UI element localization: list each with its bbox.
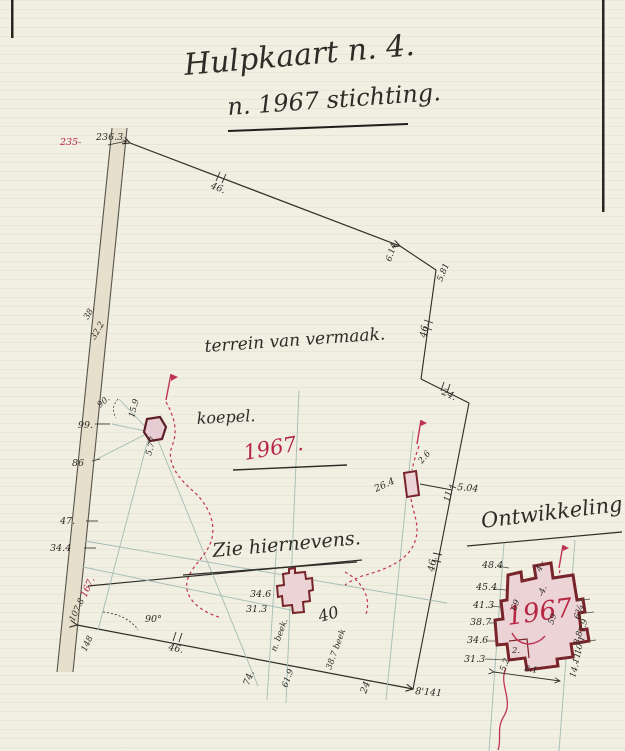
title-underline bbox=[228, 124, 408, 131]
cadastral-sheet: Hulpkaart n. 4. n. 1967 stichting. terre… bbox=[0, 0, 625, 751]
boundary-top bbox=[130, 143, 400, 246]
label-right-46: 46. bbox=[418, 322, 432, 340]
angle-arc-90-bottom bbox=[103, 612, 138, 630]
label-bottom-46: 46. bbox=[166, 642, 184, 656]
flag-dev-icon bbox=[563, 545, 569, 551]
label-koepel-577: 5.77 bbox=[144, 435, 159, 456]
small-building bbox=[404, 471, 419, 497]
label-road-47: 47. bbox=[59, 516, 75, 527]
label-dev-484: 48.4 bbox=[481, 560, 503, 571]
measure-hash-marks bbox=[173, 172, 456, 642]
label-angle-90: 90° bbox=[145, 614, 162, 625]
label-mb-313: 31.3 bbox=[246, 604, 267, 615]
label-b-nbeek: n. beek. bbox=[269, 617, 290, 653]
sheet-edge-left bbox=[11, 0, 14, 38]
flag-small-building-icon bbox=[421, 420, 427, 426]
angle-arc-90-koepel bbox=[113, 399, 118, 418]
label-mb-40: 40 bbox=[315, 602, 341, 626]
survey-ray-86 bbox=[97, 432, 150, 459]
boundary-right-lower bbox=[413, 403, 469, 689]
survey-line-vertical-b bbox=[267, 540, 277, 700]
red-squiggle-dev-bottom bbox=[498, 668, 507, 750]
label-road-86: 86 bbox=[72, 458, 84, 469]
label-sb-11: 11.- bbox=[442, 484, 456, 503]
label-right-lower-46: 46. bbox=[426, 556, 440, 574]
label-dev-313: 31.3 bbox=[464, 654, 485, 665]
koepel-building bbox=[144, 417, 166, 441]
label-dev-2: 2. bbox=[511, 646, 520, 656]
flag-koepel-icon bbox=[171, 374, 178, 381]
label-2363: 236.3 bbox=[95, 132, 123, 143]
label-dev-387: 38.7 bbox=[470, 617, 492, 628]
label-sb-264: 26.4 bbox=[372, 476, 397, 495]
label-235: 235- bbox=[59, 137, 81, 148]
label-top-46: 46. bbox=[208, 180, 227, 196]
label-b-387beek: 38.7 beek bbox=[324, 628, 348, 671]
label-dev-454: 45.4 bbox=[475, 582, 497, 593]
label-614: 6.14 bbox=[384, 242, 399, 263]
parcel-number-underline bbox=[233, 465, 347, 470]
label-road-99: 99. bbox=[78, 420, 93, 431]
label-b-24: 24. bbox=[358, 677, 374, 696]
area-label: terrein van vermaak. bbox=[204, 324, 386, 357]
label-b-8141: 8'141 bbox=[415, 686, 443, 699]
survey-ray-corner bbox=[98, 432, 150, 630]
development-title-underline bbox=[467, 532, 622, 546]
label-dev-14: 14.- bbox=[568, 660, 582, 679]
sheet-edge-right bbox=[602, 0, 605, 212]
development-title: Ontwikkeling. bbox=[480, 491, 625, 533]
flag-small-building-stem bbox=[417, 420, 421, 444]
flag-dev-stem bbox=[559, 545, 563, 568]
hash-bottom-46 bbox=[173, 632, 182, 642]
label-sb-504: 5.04 bbox=[457, 482, 479, 495]
measure-line-hiernevens bbox=[88, 560, 362, 586]
label-dev-413: 41.3 bbox=[472, 600, 494, 611]
label-road-344: 34.4 bbox=[50, 543, 71, 554]
koepel-label: koepel. bbox=[196, 406, 256, 428]
parcel-number: 1967. bbox=[242, 431, 305, 465]
label-b-619: 61.9 bbox=[280, 667, 296, 689]
label-b-74: 74. bbox=[241, 669, 257, 687]
label-sb-26: 2.6 bbox=[416, 449, 433, 467]
label-581: 5.81 bbox=[436, 262, 452, 283]
label-dev-346: 34.6 bbox=[467, 635, 488, 646]
survey-map-canvas: Hulpkaart n. 4. n. 1967 stichting. terre… bbox=[0, 0, 625, 751]
label-dev-81: 8.1 bbox=[524, 664, 539, 676]
map-subtitle: n. 1967 stichting. bbox=[226, 78, 441, 121]
flag-koepel-stem bbox=[166, 374, 171, 400]
see-note: Zie hiernevens. bbox=[211, 527, 362, 562]
main-building bbox=[277, 568, 313, 613]
label-koepel-159: 15.9 bbox=[127, 397, 142, 418]
label-road-148: 148 bbox=[80, 634, 96, 653]
boundary-ne-corner bbox=[400, 246, 436, 270]
label-mb-346: 34.6 bbox=[250, 589, 271, 600]
map-title: Hulpkaart n. 4. bbox=[182, 28, 416, 83]
